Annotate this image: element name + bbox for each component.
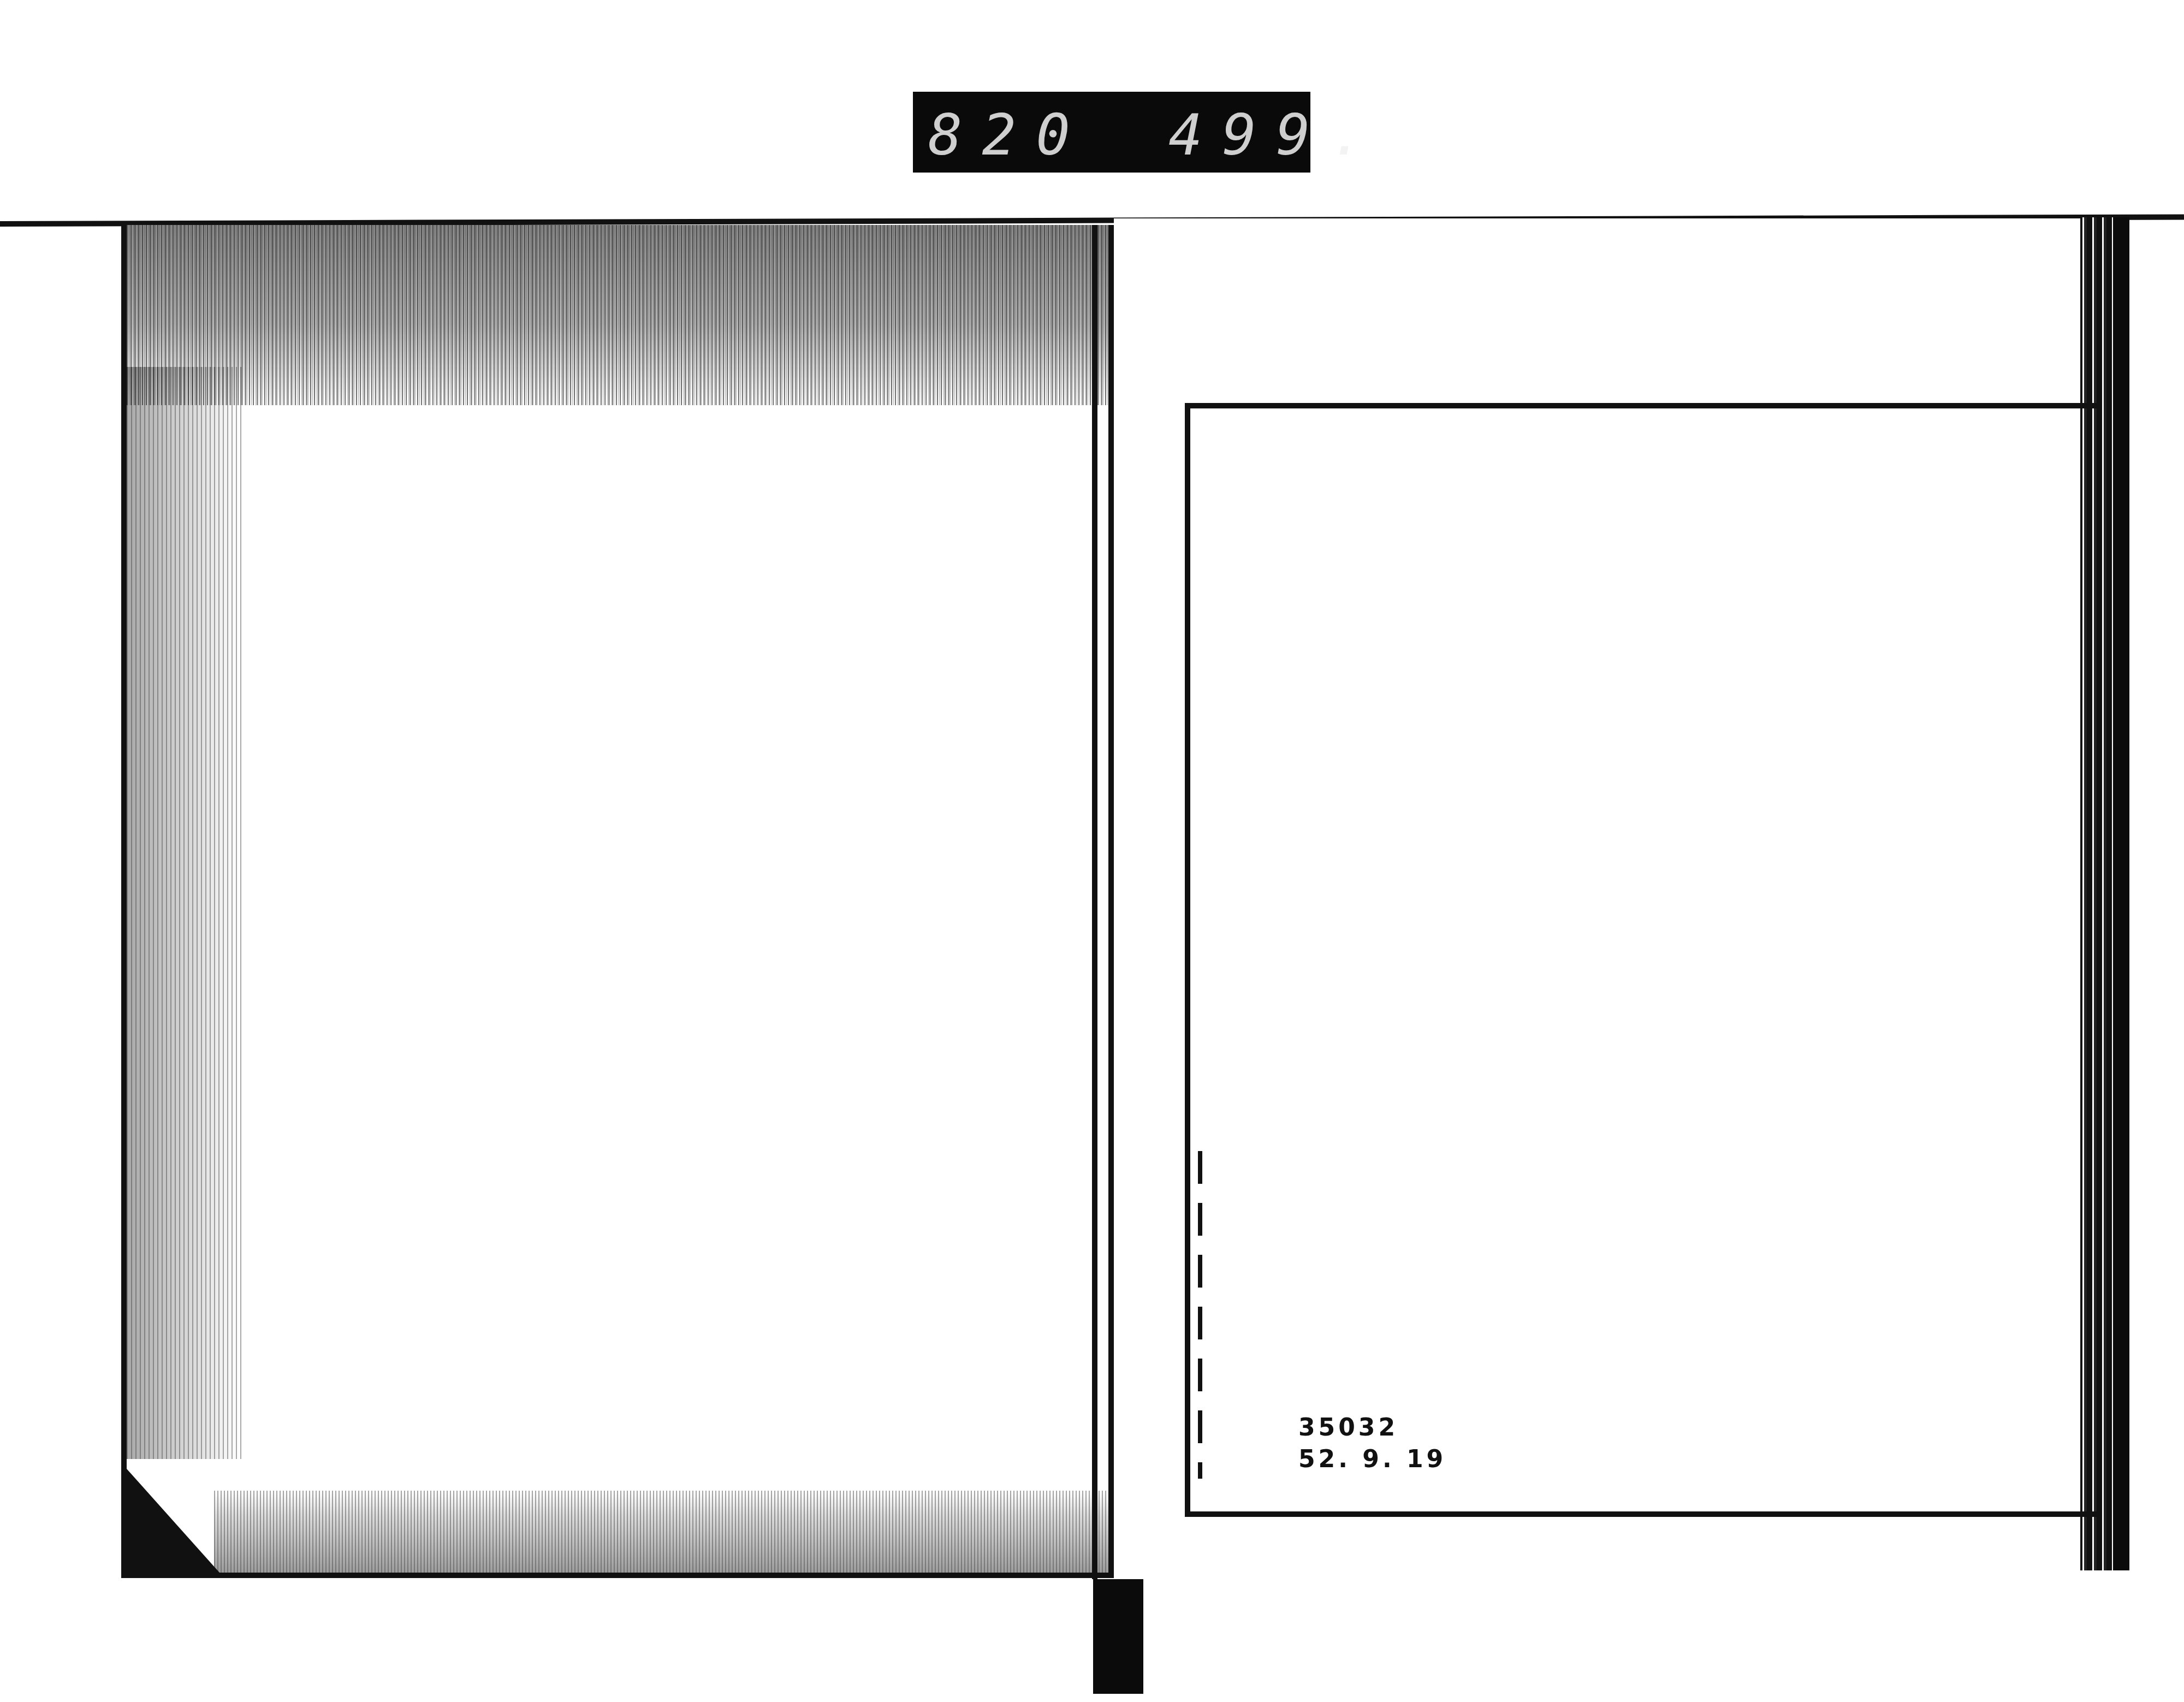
stamp-date: 52. 9. 19 bbox=[1298, 1444, 1446, 1475]
document-frame bbox=[1185, 403, 2097, 1517]
frame-counter-right: 499. bbox=[1168, 102, 1384, 168]
scan-noise-side bbox=[127, 367, 241, 1459]
stamp-number: 35032 bbox=[1298, 1412, 1446, 1444]
archive-stamp: 35032 52. 9. 19 bbox=[1298, 1412, 1446, 1475]
scan-noise-bottom bbox=[214, 1491, 1109, 1573]
frame-counter: 820 499. bbox=[913, 92, 1310, 173]
frame-dashed-right bbox=[2099, 408, 2102, 1511]
page-corner-fold bbox=[127, 1469, 219, 1573]
book-spine bbox=[1092, 225, 1097, 1579]
frame-counter-left: 820 bbox=[928, 102, 1090, 168]
spine-shadow bbox=[1093, 1579, 1143, 1694]
scan-noise-top bbox=[127, 225, 1108, 405]
left-page bbox=[121, 225, 1114, 1578]
frame-dashed-left bbox=[1198, 1151, 1202, 1479]
frame-bottom-rule bbox=[1207, 1511, 2097, 1517]
